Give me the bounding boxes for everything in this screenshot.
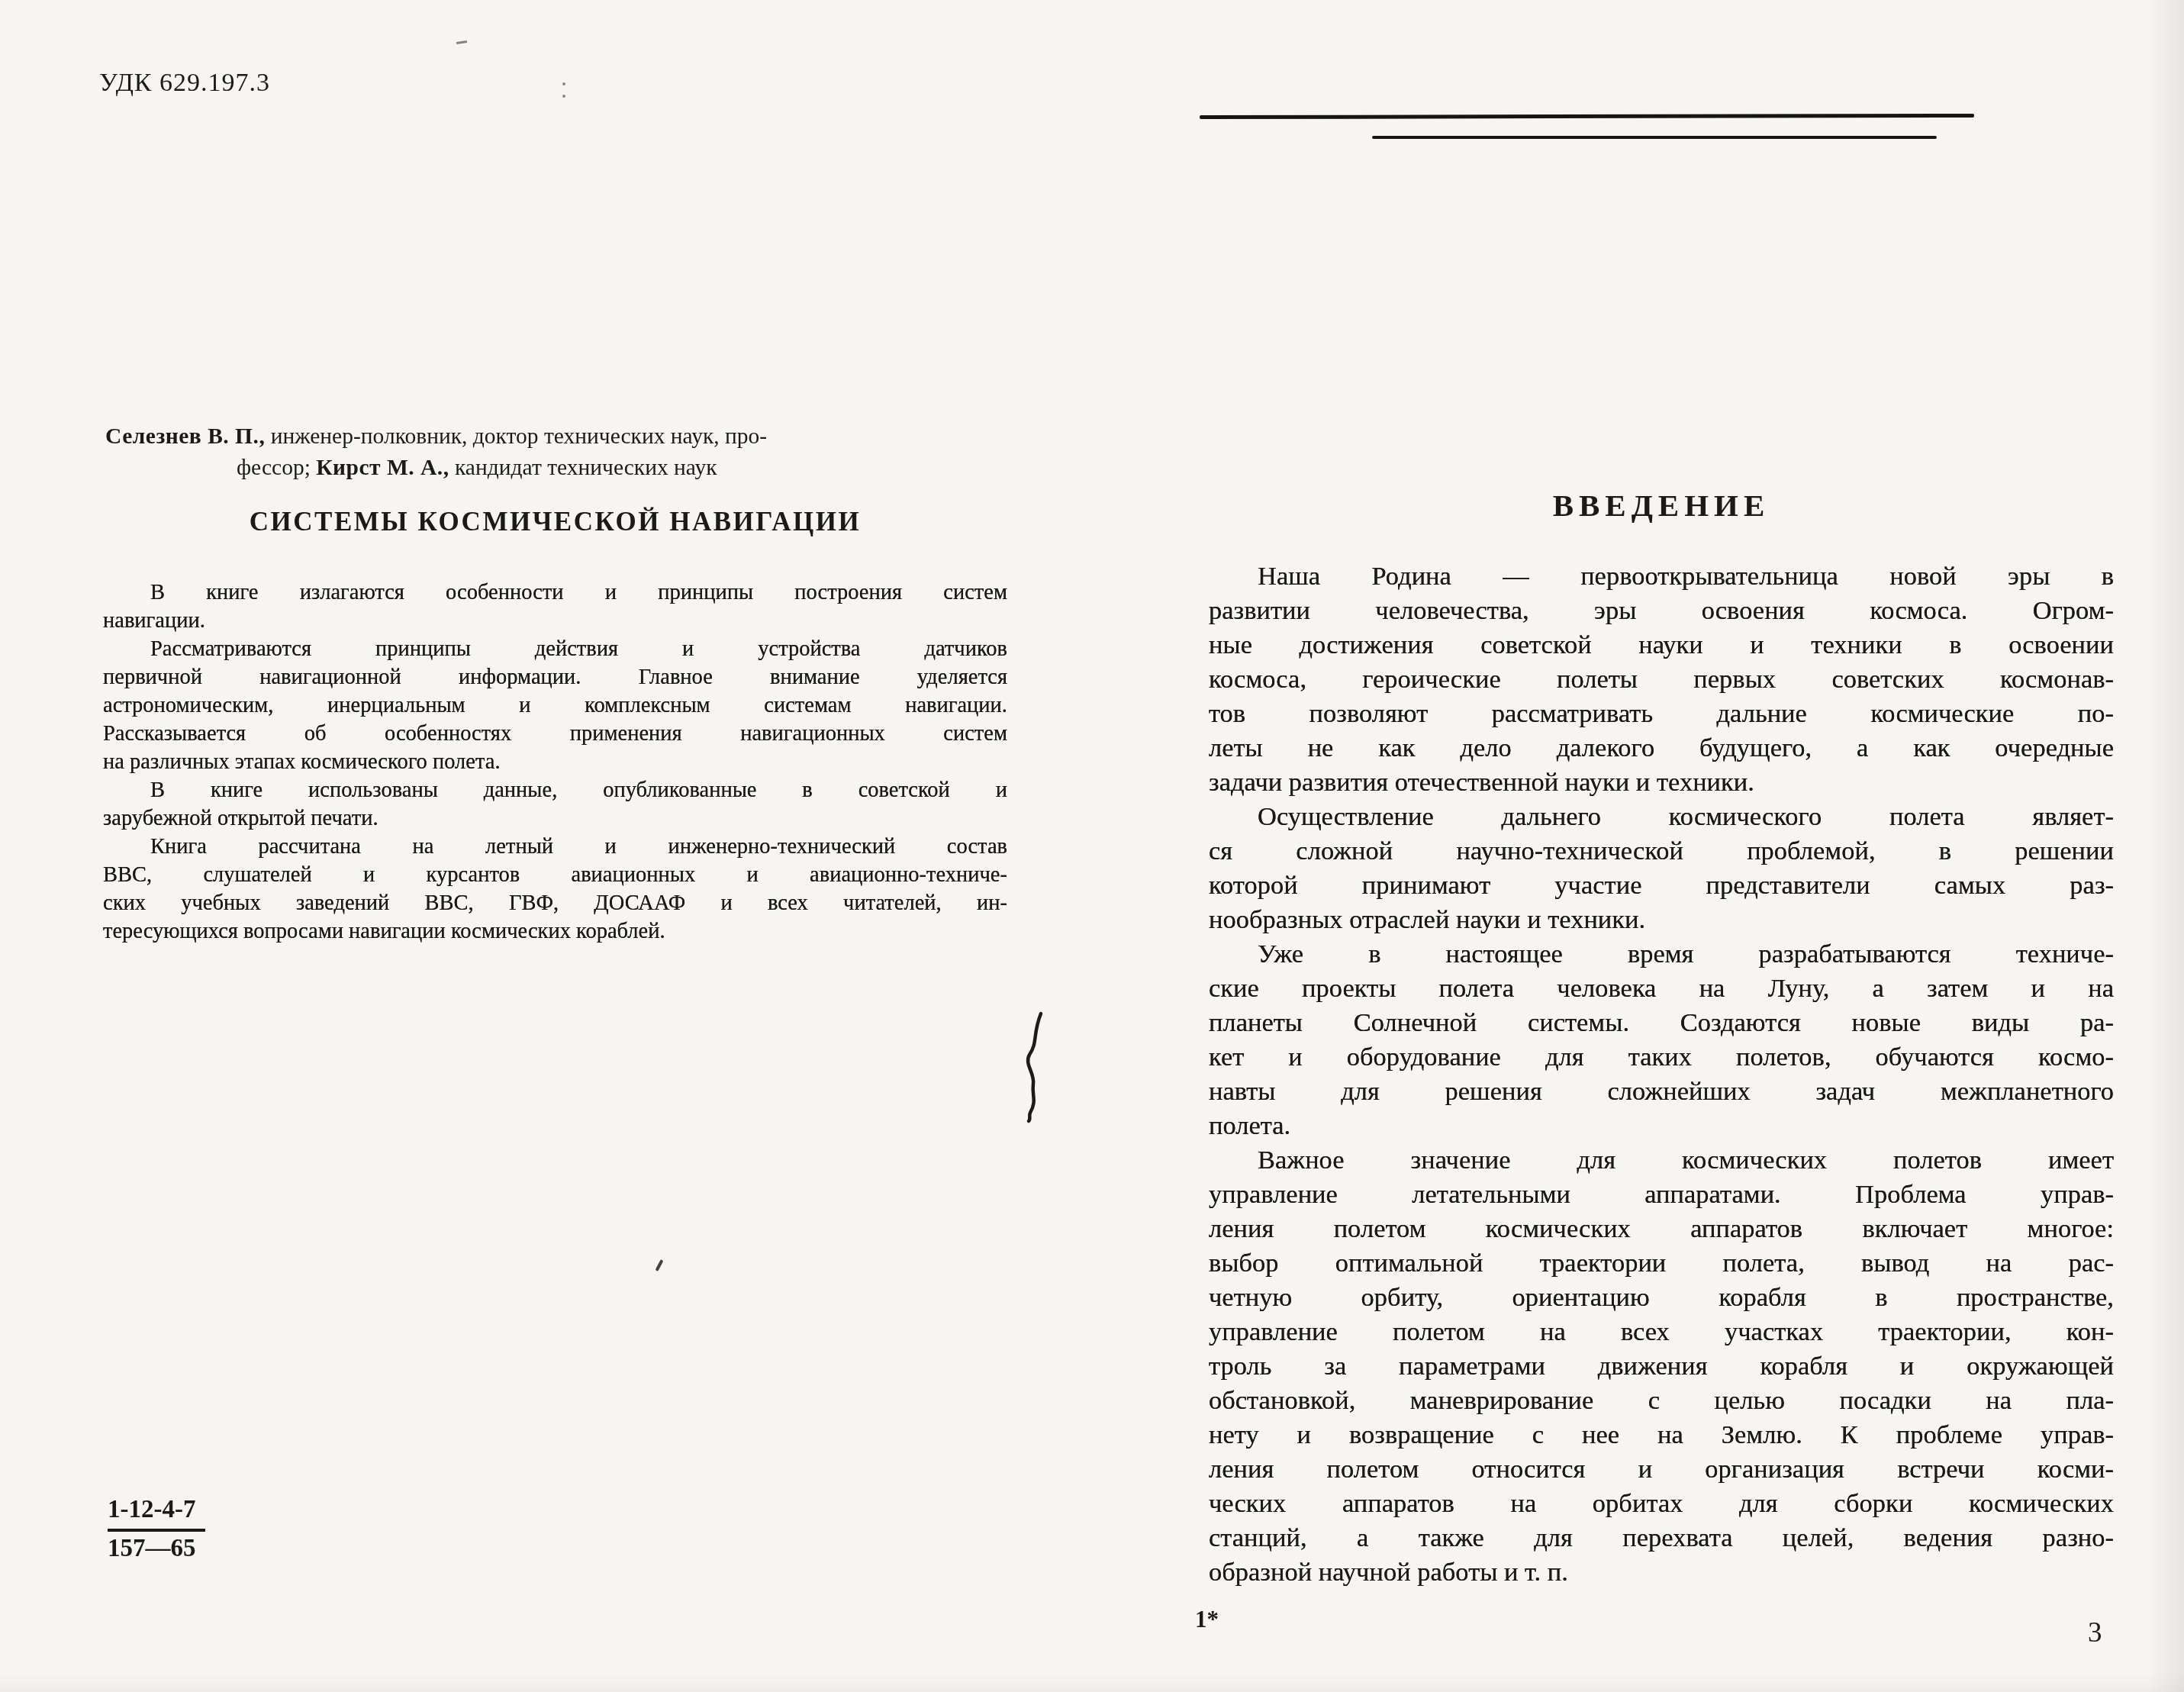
annotation-block: В книге излагаются особенности и принцип… [103,579,1007,946]
udc-number: УДК 629.197.3 [99,69,270,98]
text-line: ные достижения советской науки и техники… [1209,628,2114,662]
text-line: леты не как дело далекого будущего, а ка… [1209,731,2114,765]
text-line: управление летательными аппаратами. Проб… [1209,1178,2114,1212]
authors-block: Селезнев В. П., инженер-полковник, докто… [105,421,1074,484]
text-line: управление полетом на всех участках трае… [1209,1315,2114,1349]
text-line: которой принимают участие представители … [1209,869,2114,903]
text-line: развитии человечества, эры освоения косм… [1209,594,2114,628]
text-line: навты для решения сложнейших задач межпл… [1209,1075,2114,1109]
scan-speck [655,1259,663,1271]
text-line: ВВС, слушателей и курсантов авиационных … [103,861,1007,889]
author-title-cont: фессор; [237,456,316,480]
scan-speck [562,82,565,98]
intro-paragraph: Осуществление дальнего космического поле… [1209,800,2114,937]
text-line: образной научной работы и т. п. [1209,1555,2114,1590]
author-name-kirst: Кирст М. А., [316,456,449,480]
text-line: нообразных отраслей науки и техники. [1209,903,2114,937]
text-line: станций, а также для перехвата целей, ве… [1209,1521,2114,1555]
intro-paragraph: Важное значение для космических полетов … [1209,1143,2114,1590]
text-line: ления полетом относится и организация вс… [1209,1452,2114,1487]
text-line: ских учебных заведений ВВС, ГВФ, ДОСААФ … [103,889,1007,917]
header-rule-bottom [1372,136,1937,139]
text-line: ления полетом космических аппаратов вклю… [1209,1212,2114,1246]
text-line: ся сложной научно-технической проблемой,… [1209,834,2114,869]
edition-code-block: 1-12-4-7 157—65 [108,1496,205,1563]
header-rule-top [1200,114,1974,119]
author-title-1: инженер-полковник, доктор технических на… [265,424,767,449]
annotation-paragraph: Книга рассчитана на летный и инженерно-т… [103,833,1007,946]
text-line: В книге использованы данные, опубликован… [103,776,1007,804]
text-line: первичной навигационной информации. Глав… [103,663,1007,691]
text-line: задачи развития отечественной науки и те… [1209,765,2114,800]
fraction-rule [108,1529,205,1532]
text-line: космоса, героические полеты первых совет… [1209,662,2114,697]
text-line: Уже в настоящее время разрабатываются те… [1209,937,2114,972]
scan-hair-mark [1017,1009,1049,1125]
text-line: Осуществление дальнего космического поле… [1209,800,2114,834]
annotation-paragraph: Рассматриваются принципы действия и устр… [103,635,1007,776]
intro-paragraph: Уже в настоящее время разрабатываются те… [1209,937,2114,1143]
signature-mark: 1* [1195,1606,1219,1633]
text-line: полета. [1209,1109,2114,1143]
text-line: Книга рассчитана на летный и инженерно-т… [103,833,1007,861]
text-line: выбор оптимальной траектории полета, выв… [1209,1246,2114,1281]
text-line: обстановкой, маневрирование с целью поса… [1209,1384,2114,1418]
text-line: навигации. [103,607,1007,635]
text-line: Рассказывается об особенностях применени… [103,720,1007,748]
text-line: ческих аппаратов на орбитах для сборки к… [1209,1487,2114,1521]
author-title-2: кандидат технических наук [449,456,717,480]
text-line: ские проекты полета человека на Луну, а … [1209,972,2114,1006]
text-line: зарубежной открытой печати. [103,804,1007,833]
page-number: 3 [2088,1616,2102,1649]
text-line: нету и возвращение с нее на Землю. К про… [1209,1418,2114,1452]
book-spread-scan: УДК 629.197.3 Селезнев В. П., инженер-по… [0,0,2184,1692]
annotation-paragraph: В книге излагаются особенности и принцип… [103,579,1007,635]
annotation-paragraph: В книге использованы данные, опубликован… [103,776,1007,833]
edition-code-denominator: 157—65 [108,1535,205,1563]
text-line: кет и оборудование для таких полетов, об… [1209,1040,2114,1075]
text-line: Рассматриваются принципы действия и устр… [103,635,1007,663]
authors-line-1: Селезнев В. П., инженер-полковник, докто… [105,421,1074,453]
introduction-text: Наша Родина — первооткрывательница новой… [1209,559,2114,1590]
text-line: Важное значение для космических полетов … [1209,1143,2114,1178]
text-line: Наша Родина — первооткрывательница новой… [1209,559,2114,594]
text-line: В книге излагаются особенности и принцип… [103,579,1007,607]
chapter-heading: ВВЕДЕНИЕ [1209,487,2114,524]
edition-code-numerator: 1-12-4-7 [108,1496,205,1524]
intro-paragraph: Наша Родина — первооткрывательница новой… [1209,559,2114,800]
authors-line-2: фессор; Кирст М. А., кандидат технически… [105,453,1074,484]
text-line: тов позволяют рассматривать дальние косм… [1209,697,2114,731]
book-title: СИСТЕМЫ КОСМИЧЕСКОЙ НАВИГАЦИИ [103,507,1007,537]
text-line: астрономическим, инерциальным и комплекс… [103,691,1007,720]
text-line: планеты Солнечной системы. Создаются нов… [1209,1006,2114,1040]
text-line: троль за параметрами движения корабля и … [1209,1349,2114,1384]
text-line: тересующихся вопросами навигации космиче… [103,917,1007,946]
text-line: на различных этапах космического полета. [103,748,1007,776]
text-line: четную орбиту, ориентацию корабля в прос… [1209,1281,2114,1315]
scan-speck [456,40,467,44]
author-name-seleznev: Селезнев В. П., [105,424,265,449]
